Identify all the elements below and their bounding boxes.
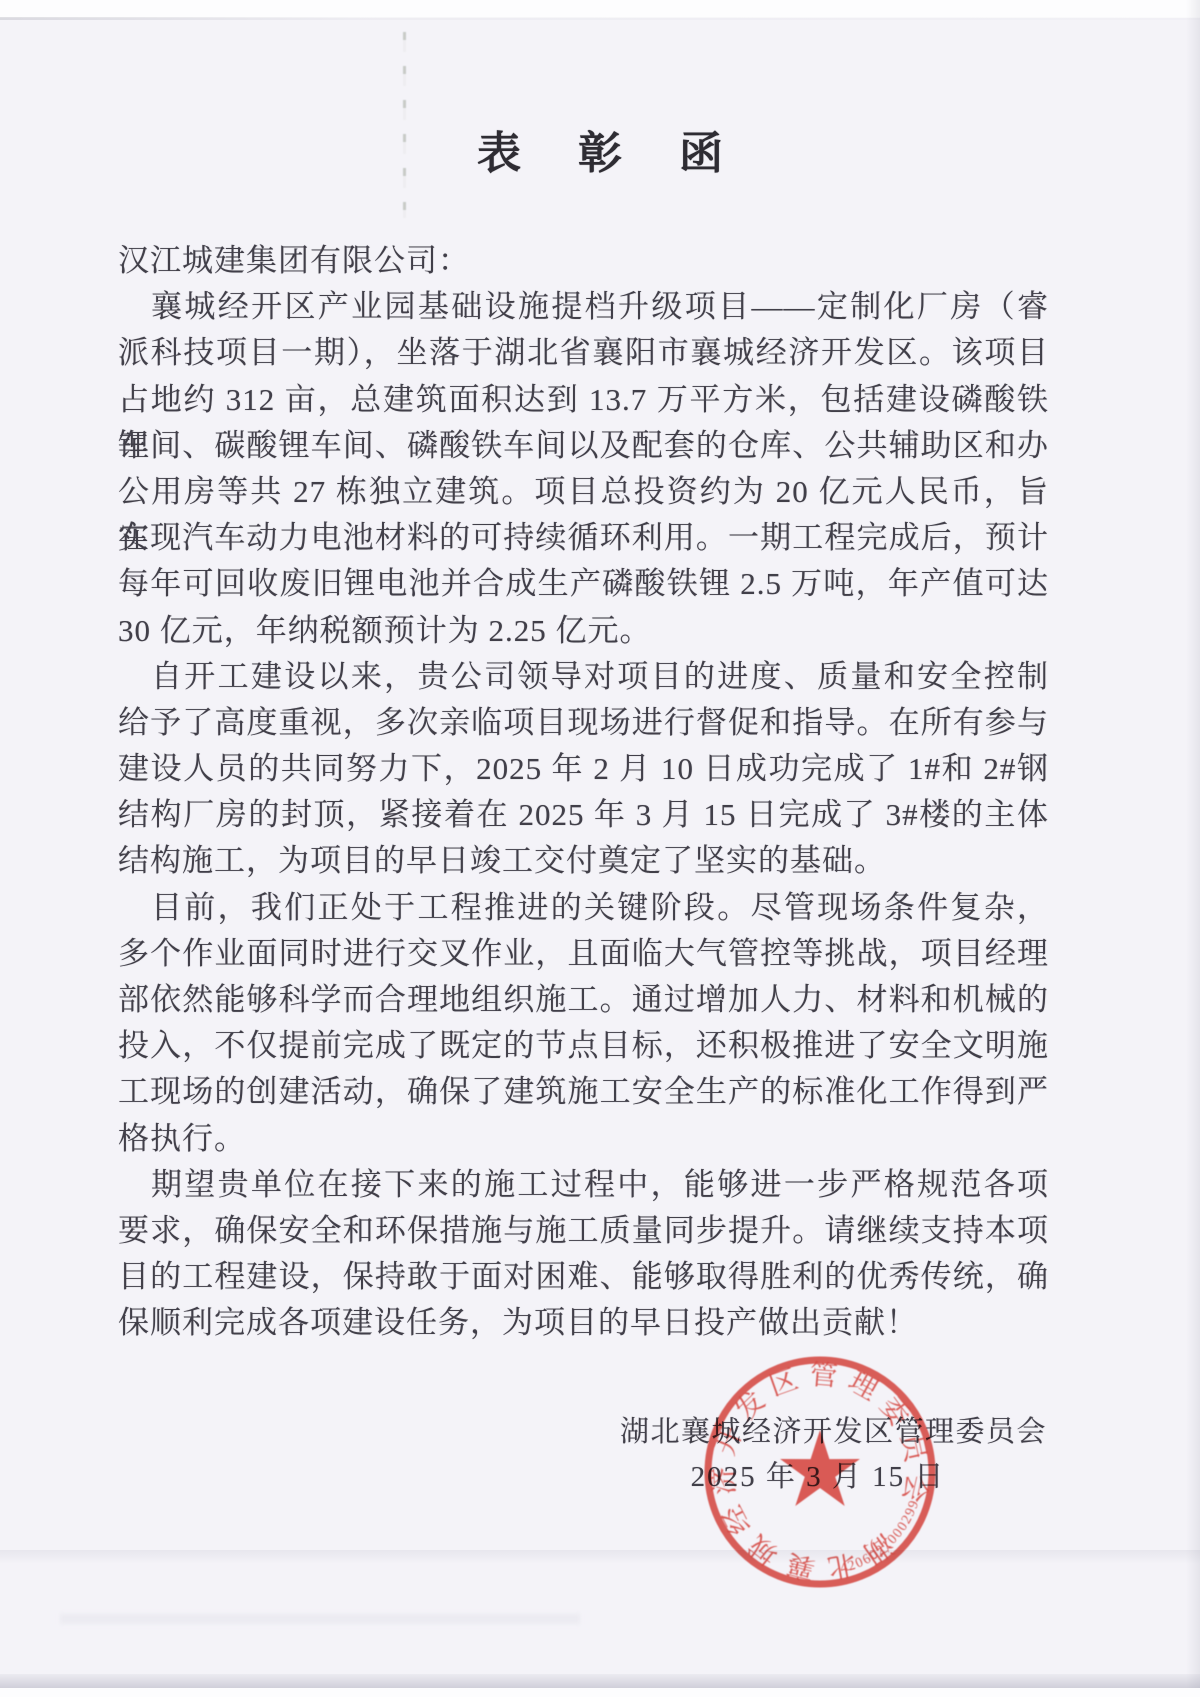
body-line: 结构厂房的封顶，紧接着在 2025 年 3 月 15 日完成了 3#楼的主体 xyxy=(118,792,1049,838)
letter-body: 汉江城建集团有限公司： 襄城经开区产业园基础设施提档升级项目——定制化厂房（睿 … xyxy=(118,238,1049,1347)
scan-artifact-bottom-band xyxy=(0,1674,1200,1688)
body-line: 多个作业面同时进行交叉作业，且面临大气管控等挑战，项目经理 xyxy=(118,931,1049,977)
body-line: 襄城经开区产业园基础设施提档升级项目——定制化厂房（睿 xyxy=(118,284,1049,330)
scan-artifact-top-edge xyxy=(0,17,1200,20)
body-line: 投入，不仅提前完成了既定的节点目标，还积极推进了安全文明施 xyxy=(118,1023,1049,1069)
body-line: 占地约 312 亩，总建筑面积达到 13.7 万平方米，包括建设磷酸铁锂 xyxy=(118,377,1049,423)
scan-artifact-smudge xyxy=(60,1614,580,1624)
seal-graphic: 湖北襄城经济开发区管理委员会 4206021000299 xyxy=(688,1340,952,1604)
body-line: 目前，我们正处于工程推进的关键阶段。尽管现场条件复杂， xyxy=(118,885,1049,931)
body-line: 每年可回收废旧锂电池并合成生产磷酸铁锂 2.5 万吨，年产值可达 xyxy=(118,561,1049,607)
scan-artifact-top-strip xyxy=(0,0,1200,18)
body-line: 给予了高度重视，多次亲临项目现场进行督促和指导。在所有参与 xyxy=(118,700,1049,746)
body-line: 建设人员的共同努力下，2025 年 2 月 10 日成功完成了 1#和 2#钢 xyxy=(118,746,1049,792)
letter-title: 表 彰 函 xyxy=(0,124,1200,184)
official-seal-stamp: 湖北襄城经济开发区管理委员会 4206021000299 xyxy=(688,1340,952,1604)
star-icon xyxy=(780,1430,860,1506)
body-line: 格执行。 xyxy=(118,1116,1049,1162)
body-line: 目的工程建设，保持敢于面对困难、能够取得胜利的优秀传统，确 xyxy=(118,1254,1049,1300)
scan-artifact-fold-line xyxy=(0,1550,1200,1564)
scanned-letter-page: 表 彰 函 汉江城建集团有限公司： 襄城经开区产业园基础设施提档升级项目——定制… xyxy=(0,0,1200,1697)
body-line: 派科技项目一期），坐落于湖北省襄阳市襄城经济开发区。该项目 xyxy=(118,330,1049,376)
body-line: 工现场的创建活动，确保了建筑施工安全生产的标准化工作得到严 xyxy=(118,1069,1049,1115)
body-line: 部依然能够科学而合理地组织施工。通过增加人力、材料和机械的 xyxy=(118,977,1049,1023)
body-line: 自开工建设以来，贵公司领导对项目的进度、质量和安全控制 xyxy=(118,654,1049,700)
scan-artifact-bottom-strip xyxy=(0,1688,1200,1697)
body-line: 30 亿元，年纳税额预计为 2.25 亿元。 xyxy=(118,608,1049,654)
scan-artifact-streak xyxy=(403,18,406,218)
body-line: 汉江城建集团有限公司： xyxy=(118,238,1049,284)
body-line: 实现汽车动力电池材料的可持续循环利用。一期工程完成后，预计 xyxy=(118,515,1049,561)
body-line: 公用房等共 27 栋独立建筑。项目总投资约为 20 亿元人民币，旨在 xyxy=(118,469,1049,515)
body-line: 期望贵单位在接下来的施工过程中，能够进一步严格规范各项 xyxy=(118,1162,1049,1208)
body-line: 要求，确保安全和环保措施与施工质量同步提升。请继续支持本项 xyxy=(118,1208,1049,1254)
body-line: 结构施工，为项目的早日竣工交付奠定了坚实的基础。 xyxy=(118,838,1049,884)
body-line: 车间、碳酸锂车间、磷酸铁车间以及配套的仓库、公共辅助区和办 xyxy=(118,423,1049,469)
scan-artifact-right-shade xyxy=(1186,0,1200,1697)
